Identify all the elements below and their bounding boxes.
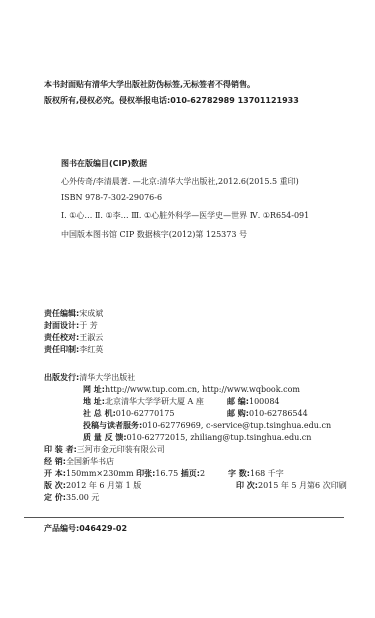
copyright-notice: 版权所有,侵权必究。侵权举报电话:010-62782989 1370112193…	[44, 96, 299, 106]
postcode-value: 100084	[249, 397, 280, 406]
staff-value: 于 芳	[79, 321, 98, 330]
mail-order-label: 邮 购:	[227, 409, 249, 419]
publisher-name: 出版发行:清华大学出版社	[44, 373, 135, 383]
publisher-address: 地 址:北京清华大学学研大厦 A 座	[83, 397, 204, 407]
divider-rule	[24, 517, 344, 518]
service-label: 投稿与读者服务:	[83, 421, 142, 431]
cip-isbn: ISBN 978-7-302-29076-6	[61, 193, 162, 203]
mail-order-value: 010-62786544	[249, 409, 308, 418]
price: 定 价:35.00 元	[44, 493, 99, 503]
website-value: http://www.tup.com.cn, http://www.wqbook…	[105, 385, 300, 394]
price-value: 35.00 元	[66, 493, 99, 502]
impression: 印 次:2015 年 5 月第6 次印刷	[236, 481, 347, 491]
staff-label: 封面设计:	[44, 321, 79, 331]
publisher-service: 投稿与读者服务:010-62776969, c-service@tup.tsin…	[83, 421, 331, 431]
sheets-label: 印张:	[136, 469, 155, 479]
sheets-value: 16.75	[155, 469, 178, 478]
edition: 版 次:2012 年 6 月第 1 版	[44, 481, 141, 491]
publisher-label: 出版发行:	[44, 373, 79, 383]
format-label: 开 本:	[44, 469, 66, 479]
publisher-mail-order: 邮 购:010-62786544	[227, 409, 308, 419]
printer: 印 装 者:三河市金元印装有限公司	[44, 445, 165, 455]
address-value: 北京清华大学学研大厦 A 座	[105, 397, 204, 406]
impression-value: 2015 年 5 月第6 次印刷	[258, 481, 347, 490]
staff-label: 责任印制:	[44, 345, 79, 355]
distributor-value: 全国新华书店	[66, 457, 114, 466]
switchboard-label: 社 总 机:	[83, 409, 116, 419]
publisher-website: 网 址:http://www.tup.com.cn, http://www.wq…	[83, 385, 300, 395]
publisher-value: 清华大学出版社	[79, 373, 135, 382]
anti-counterfeit-notice: 本书封面贴有清华大学出版社防伪标签,无标签者不得销售。	[44, 80, 255, 90]
quality-value: 010-62772015, zhiliang@tup.tsinghua.edu.…	[127, 433, 312, 442]
format-value: 150mm×230mm	[66, 469, 134, 478]
cip-number: 中国版本图书馆 CIP 数据核字(2012)第 125373 号	[61, 230, 247, 240]
distributor: 经 销:全国新华书店	[44, 457, 114, 467]
publisher-quality: 质 量 反 馈:010-62772015, zhiliang@tup.tsing…	[83, 433, 311, 443]
distributor-label: 经 销:	[44, 457, 66, 467]
publisher-postcode: 邮 编:100084	[227, 397, 280, 407]
staff-value: 王淑云	[79, 333, 103, 342]
service-value: 010-62776969, c-service@tup.tsinghua.edu…	[142, 421, 331, 430]
edition-value: 2012 年 6 月第 1 版	[66, 481, 141, 490]
product-value: 046429-02	[79, 524, 127, 533]
postcode-label: 邮 编:	[227, 397, 249, 407]
format: 开 本:150mm×230mm 印张:16.75 插页:2	[44, 469, 205, 479]
printer-label: 印 装 者:	[44, 445, 77, 455]
words-value: 168 千字	[250, 469, 284, 478]
impression-label: 印 次:	[236, 481, 258, 491]
staff-value: 李红英	[79, 345, 103, 354]
staff-label: 责任校对:	[44, 333, 79, 343]
plates-value: 2	[200, 469, 205, 478]
staff-label: 责任编辑:	[44, 309, 79, 319]
product-label: 产品编号:	[44, 524, 79, 534]
words: 字 数:168 千字	[228, 469, 284, 479]
product-number: 产品编号:046429-02	[44, 524, 127, 534]
staff-proofreader: 责任校对:王淑云	[44, 333, 103, 343]
edition-label: 版 次:	[44, 481, 66, 491]
words-label: 字 数:	[228, 469, 250, 479]
quality-label: 质 量 反 馈:	[83, 433, 127, 443]
website-label: 网 址:	[83, 385, 105, 395]
staff-editor: 责任编辑:宋成斌	[44, 309, 103, 319]
address-label: 地 址:	[83, 397, 105, 407]
price-label: 定 价:	[44, 493, 66, 503]
staff-printing: 责任印制:李红英	[44, 345, 103, 355]
publisher-switchboard: 社 总 机:010-62770175	[83, 409, 174, 419]
staff-cover-design: 封面设计:于 芳	[44, 321, 98, 331]
cip-title-line: 心外传奇/李清晨著. —北京:清华大学出版社,2012.6(2015.5 重印)	[61, 177, 299, 187]
cip-classification: Ⅰ. ①心… Ⅱ. ①李… Ⅲ. ①心脏外科学—医学史—世界 Ⅳ. ①R654-…	[61, 211, 309, 221]
staff-value: 宋成斌	[79, 309, 103, 318]
switchboard-value: 010-62770175	[116, 409, 175, 418]
cip-heading: 图书在版编目(CIP)数据	[61, 159, 147, 169]
plates-label: 插页:	[181, 469, 200, 479]
printer-value: 三河市金元印装有限公司	[77, 445, 165, 454]
